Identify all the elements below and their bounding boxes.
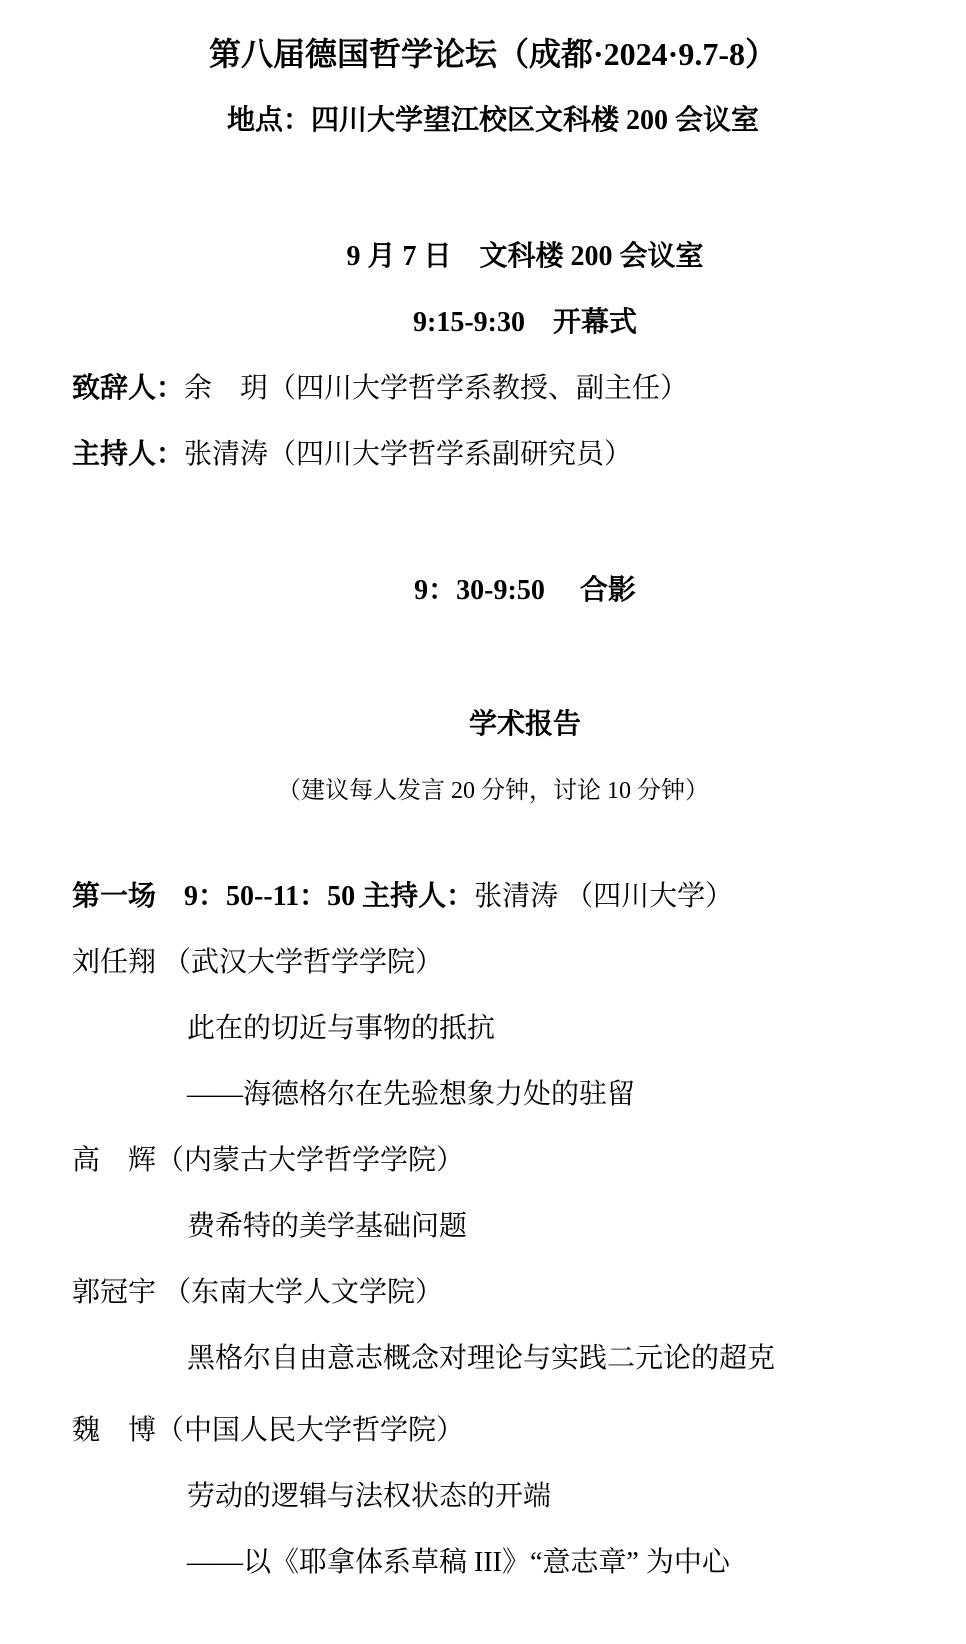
session-1-heading: 第一场 9：50--11：50 主持人：张清涛 （四川大学） — [72, 864, 914, 930]
host-label: 主持人： — [72, 440, 184, 471]
session-1-label: 第一场 9：50--11：50 主持人： — [72, 882, 474, 913]
speaker-3-text: 郭冠宇 （东南大学人文学院） — [72, 1278, 443, 1309]
paper-title-1-text: 此在的切近与事物的抵抗 — [187, 1014, 495, 1045]
speaker-4-text: 魏 博（中国人民大学哲学院） — [72, 1416, 464, 1447]
paper-title-3: 黑格尔自由意志概念对理论与实践二元论的超克 — [72, 1326, 914, 1392]
time-allocation-text: （建议每人发言 20 分钟，讨论 10 分钟） — [277, 778, 709, 804]
opening-ceremony-heading: 9:15-9:30 开幕式 — [104, 290, 946, 356]
paper-title-1: 此在的切近与事物的抵抗 — [72, 996, 914, 1062]
spacer — [72, 624, 914, 692]
opening-ceremony-text: 9:15-9:30 开幕式 — [413, 308, 637, 339]
speaker-line-2: 高 辉（内蒙古大学哲学学院） — [72, 1128, 914, 1194]
paper-subtitle-4-text: ——以《耶拿体系草稿 III》“意志章” 为中心 — [187, 1548, 730, 1579]
speaker-2-text: 高 辉（内蒙古大学哲学学院） — [72, 1146, 464, 1177]
day-venue-heading: 9 月 7 日 文科楼 200 会议室 — [104, 224, 946, 290]
spacer — [72, 824, 914, 864]
paper-title-3-text: 黑格尔自由意志概念对理论与实践二元论的超克 — [187, 1344, 775, 1375]
time-allocation-note: （建议每人发言 20 分钟，讨论 10 分钟） — [72, 758, 914, 824]
paper-title-2-text: 费希特的美学基础问题 — [187, 1212, 467, 1243]
paper-title-4-text: 劳动的逻辑与法权状态的开端 — [187, 1482, 551, 1513]
session-1-host: 张清涛 （四川大学） — [474, 882, 733, 913]
speech-giver-value: 余 玥（四川大学哲学系教授、副主任） — [184, 374, 688, 405]
paper-subtitle-1-text: ——海德格尔在先验想象力处的驻留 — [187, 1080, 635, 1111]
document-title: 第八届德国哲学论坛（成都·2024·9.7-8） — [72, 22, 914, 88]
speaker-line-3: 郭冠宇 （东南大学人文学院） — [72, 1260, 914, 1326]
host-line: 主持人：张清涛（四川大学哲学系副研究员） — [72, 422, 914, 488]
group-photo-heading: 9：30-9:50 合影 — [104, 558, 946, 624]
venue-line: 地点：四川大学望江校区文科楼 200 会议室 — [72, 88, 914, 154]
speaker-line-1: 刘任翔 （武汉大学哲学学院） — [72, 930, 914, 996]
document-page: 第八届德国哲学论坛（成都·2024·9.7-8） 地点：四川大学望江校区文科楼 … — [0, 0, 966, 1644]
spacer — [72, 488, 914, 558]
day-venue-text: 9 月 7 日 文科楼 200 会议室 — [346, 242, 703, 273]
host-value: 张清涛（四川大学哲学系副研究员） — [184, 440, 632, 471]
paper-title-2: 费希特的美学基础问题 — [72, 1194, 914, 1260]
academic-report-heading: 学术报告 — [104, 692, 946, 758]
speaker-1-text: 刘任翔 （武汉大学哲学学院） — [72, 948, 443, 979]
document-title-text: 第八届德国哲学论坛（成都·2024·9.7-8） — [209, 37, 777, 72]
speaker-line-4: 魏 博（中国人民大学哲学院） — [72, 1398, 914, 1464]
venue-text: 地点：四川大学望江校区文科楼 200 会议室 — [227, 106, 759, 137]
speech-giver-line: 致辞人：余 玥（四川大学哲学系教授、副主任） — [72, 356, 914, 422]
paper-subtitle-4: ——以《耶拿体系草稿 III》“意志章” 为中心 — [72, 1530, 914, 1596]
spacer — [72, 154, 914, 224]
speech-giver-label: 致辞人： — [72, 374, 184, 405]
group-photo-text: 9：30-9:50 合影 — [414, 576, 636, 607]
academic-report-text: 学术报告 — [469, 710, 581, 741]
paper-title-4: 劳动的逻辑与法权状态的开端 — [72, 1464, 914, 1530]
paper-subtitle-1: ——海德格尔在先验想象力处的驻留 — [72, 1062, 914, 1128]
